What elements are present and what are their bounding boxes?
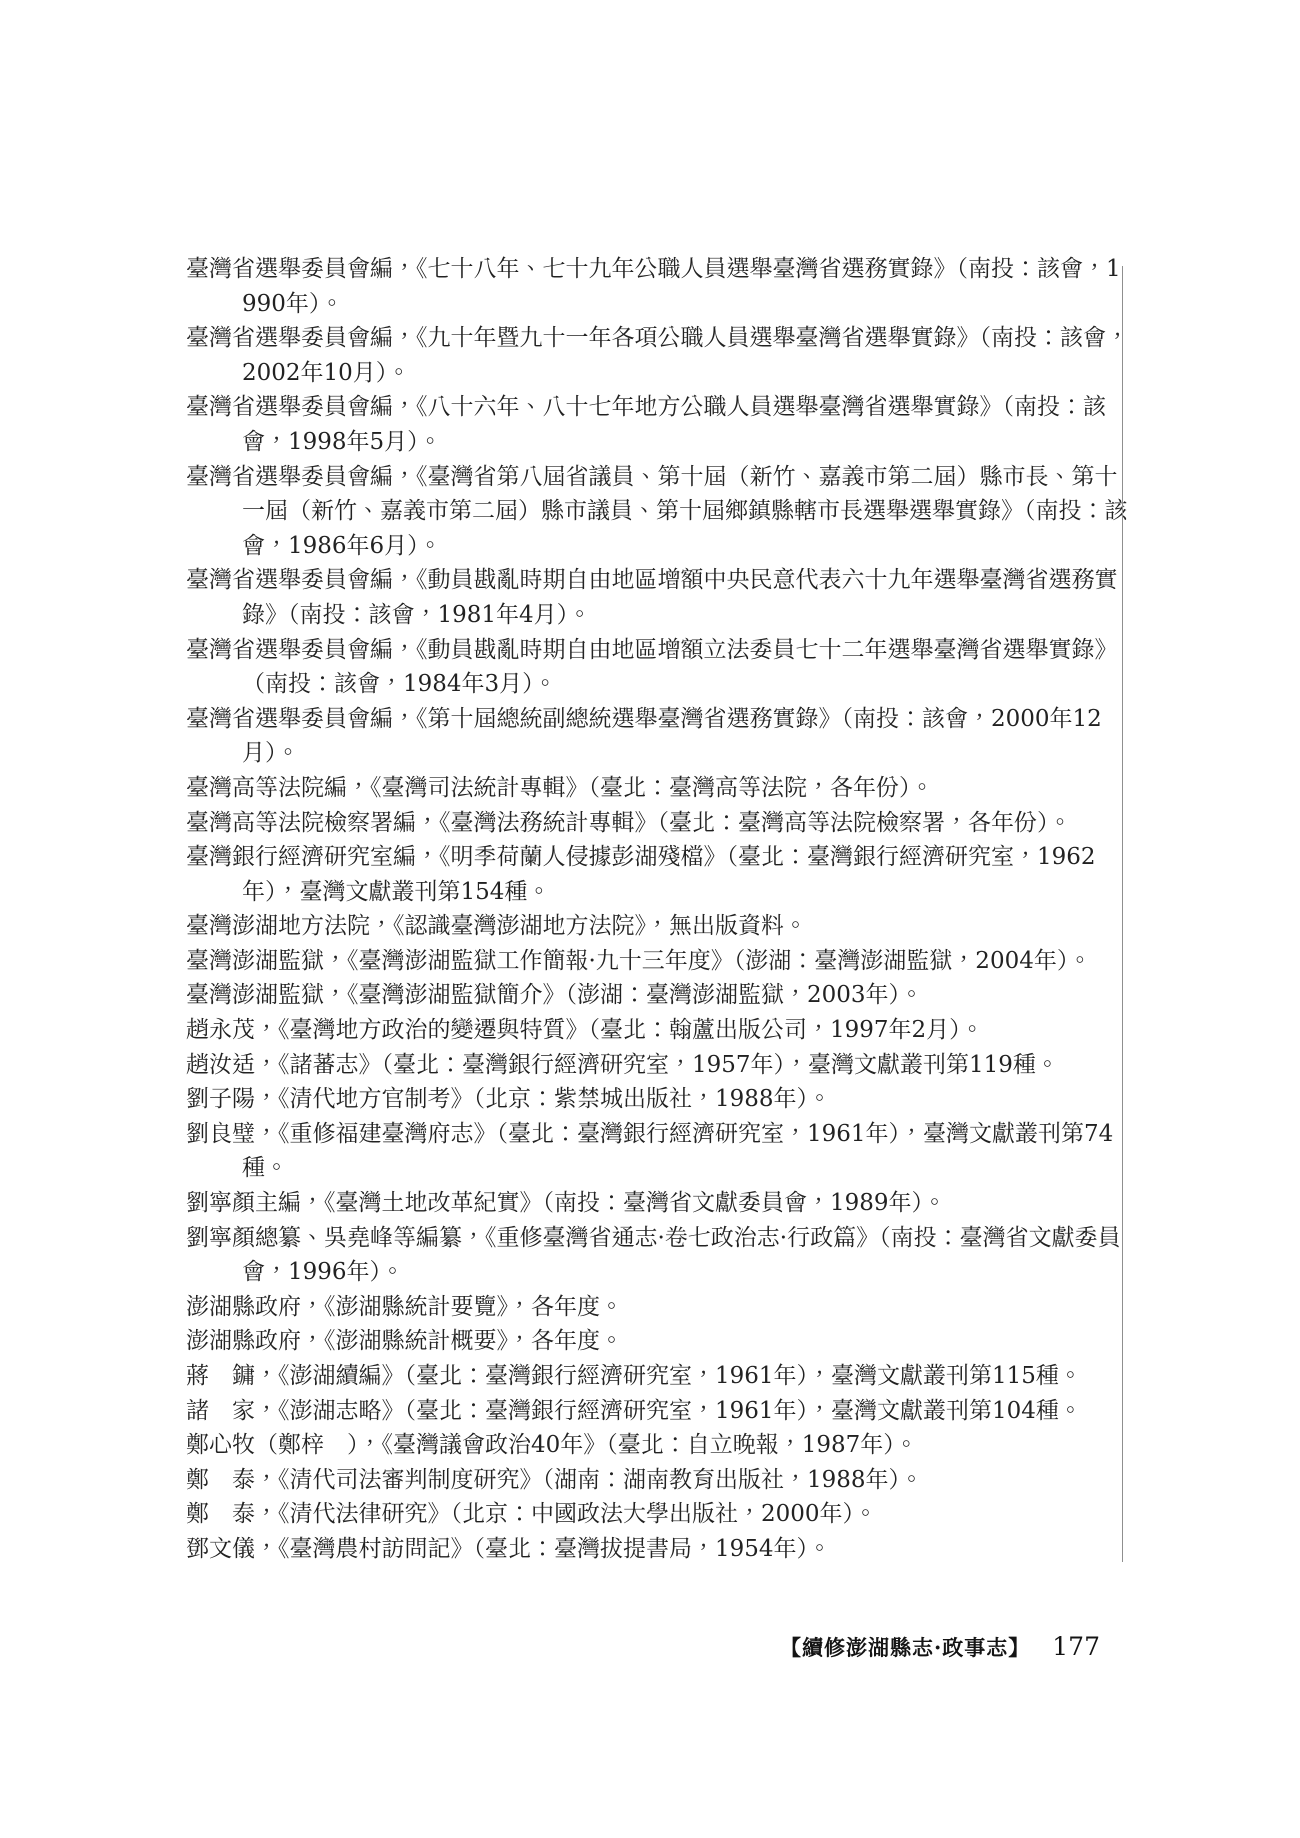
bibliography-entry: 趙永茂，《臺灣地方政治的變遷與特質》（臺北：翰蘆出版公司，1997年2月）。 bbox=[186, 1013, 1132, 1048]
bibliography-entry: 臺灣高等法院檢察署編，《臺灣法務統計專輯》（臺北：臺灣高等法院檢察署，各年份）。 bbox=[186, 806, 1132, 841]
page-number: 177 bbox=[1052, 1632, 1100, 1661]
bibliography-entry: 劉良璧，《重修福建臺灣府志》（臺北：臺灣銀行經濟研究室，1961年），臺灣文獻叢… bbox=[186, 1117, 1132, 1186]
bibliography-entry: 澎湖縣政府，《澎湖縣統計概要》，各年度。 bbox=[186, 1324, 1132, 1359]
bibliography-entry: 劉寧顏主編，《臺灣土地改革紀實》（南投：臺灣省文獻委員會，1989年）。 bbox=[186, 1186, 1132, 1221]
bibliography-entry: 鄭心牧（鄭梓 ），《臺灣議會政治40年》（臺北：自立晚報，1987年）。 bbox=[186, 1428, 1132, 1463]
bibliography-entry: 鄧文儀，《臺灣農村訪問記》（臺北：臺灣拔提書局，1954年）。 bbox=[186, 1532, 1132, 1567]
bibliography-entry: 臺灣省選舉委員會編，《七十八年、七十九年公職人員選舉臺灣省選務實錄》（南投：該會… bbox=[186, 252, 1132, 321]
bibliography-entry: 鄭 泰，《清代司法審判制度研究》（湖南：湖南教育出版社，1988年）。 bbox=[186, 1463, 1132, 1498]
bibliography-entry: 臺灣銀行經濟研究室編，《明季荷蘭人侵據彭湖殘檔》（臺北：臺灣銀行經濟研究室，19… bbox=[186, 840, 1132, 909]
bibliography-entry: 臺灣澎湖監獄，《臺灣澎湖監獄工作簡報·九十三年度》（澎湖：臺灣澎湖監獄，2004… bbox=[186, 944, 1132, 979]
page-footer: 【續修澎湖縣志·政事志】 177 bbox=[780, 1632, 1100, 1662]
bibliography-entry: 鄭 泰，《清代法律研究》（北京：中國政法大學出版社，2000年）。 bbox=[186, 1497, 1132, 1532]
bibliography-entry: 臺灣省選舉委員會編，《動員戡亂時期自由地區增額立法委員七十二年選舉臺灣省選舉實錄… bbox=[186, 633, 1132, 702]
bibliography-entry: 臺灣省選舉委員會編，《第十屆總統副總統選舉臺灣省選務實錄》（南投：該會，2000… bbox=[186, 702, 1132, 771]
bibliography-entry: 諸 家，《澎湖志略》（臺北：臺灣銀行經濟研究室，1961年），臺灣文獻叢刊第10… bbox=[186, 1394, 1132, 1429]
book-title-label: 【續修澎湖縣志·政事志】 bbox=[780, 1632, 1030, 1662]
bibliography-entry: 臺灣澎湖監獄，《臺灣澎湖監獄簡介》（澎湖：臺灣澎湖監獄，2003年）。 bbox=[186, 978, 1132, 1013]
bibliography-entry: 臺灣省選舉委員會編，《九十年暨九十一年各項公職人員選舉臺灣省選舉實錄》（南投：該… bbox=[186, 321, 1132, 390]
bibliography-entry: 劉子陽，《清代地方官制考》（北京：紫禁城出版社，1988年）。 bbox=[186, 1082, 1132, 1117]
bibliography-entry: 臺灣省選舉委員會編，《八十六年、八十七年地方公職人員選舉臺灣省選舉實錄》（南投：… bbox=[186, 390, 1132, 459]
bibliography-entry: 臺灣省選舉委員會編，《臺灣省第八屆省議員、第十屆（新竹、嘉義市第二屆）縣市長、第… bbox=[186, 460, 1132, 564]
bibliography-list: 臺灣省選舉委員會編，《七十八年、七十九年公職人員選舉臺灣省選務實錄》（南投：該會… bbox=[186, 252, 1132, 1567]
bibliography-entry: 澎湖縣政府，《澎湖縣統計要覽》，各年度。 bbox=[186, 1290, 1132, 1325]
bibliography-entry: 劉寧顏總纂、吳堯峰等編纂，《重修臺灣省通志·卷七政治志·行政篇》（南投：臺灣省文… bbox=[186, 1221, 1132, 1290]
bibliography-entry: 臺灣省選舉委員會編，《動員戡亂時期自由地區增額中央民意代表六十九年選舉臺灣省選務… bbox=[186, 563, 1132, 632]
bibliography-entry: 臺灣高等法院編，《臺灣司法統計專輯》（臺北：臺灣高等法院，各年份）。 bbox=[186, 771, 1132, 806]
bibliography-entry: 趙汝适，《諸蕃志》（臺北：臺灣銀行經濟研究室，1957年），臺灣文獻叢刊第119… bbox=[186, 1048, 1132, 1083]
bibliography-entry: 臺灣澎湖地方法院，《認識臺灣澎湖地方法院》，無出版資料。 bbox=[186, 909, 1132, 944]
document-page: 臺灣省選舉委員會編，《七十八年、七十九年公職人員選舉臺灣省選務實錄》（南投：該會… bbox=[0, 0, 1300, 1838]
bibliography-entry: 蔣 鏞，《澎湖續編》（臺北：臺灣銀行經濟研究室，1961年），臺灣文獻叢刊第11… bbox=[186, 1359, 1132, 1394]
page-gutter-line bbox=[1122, 266, 1123, 1562]
